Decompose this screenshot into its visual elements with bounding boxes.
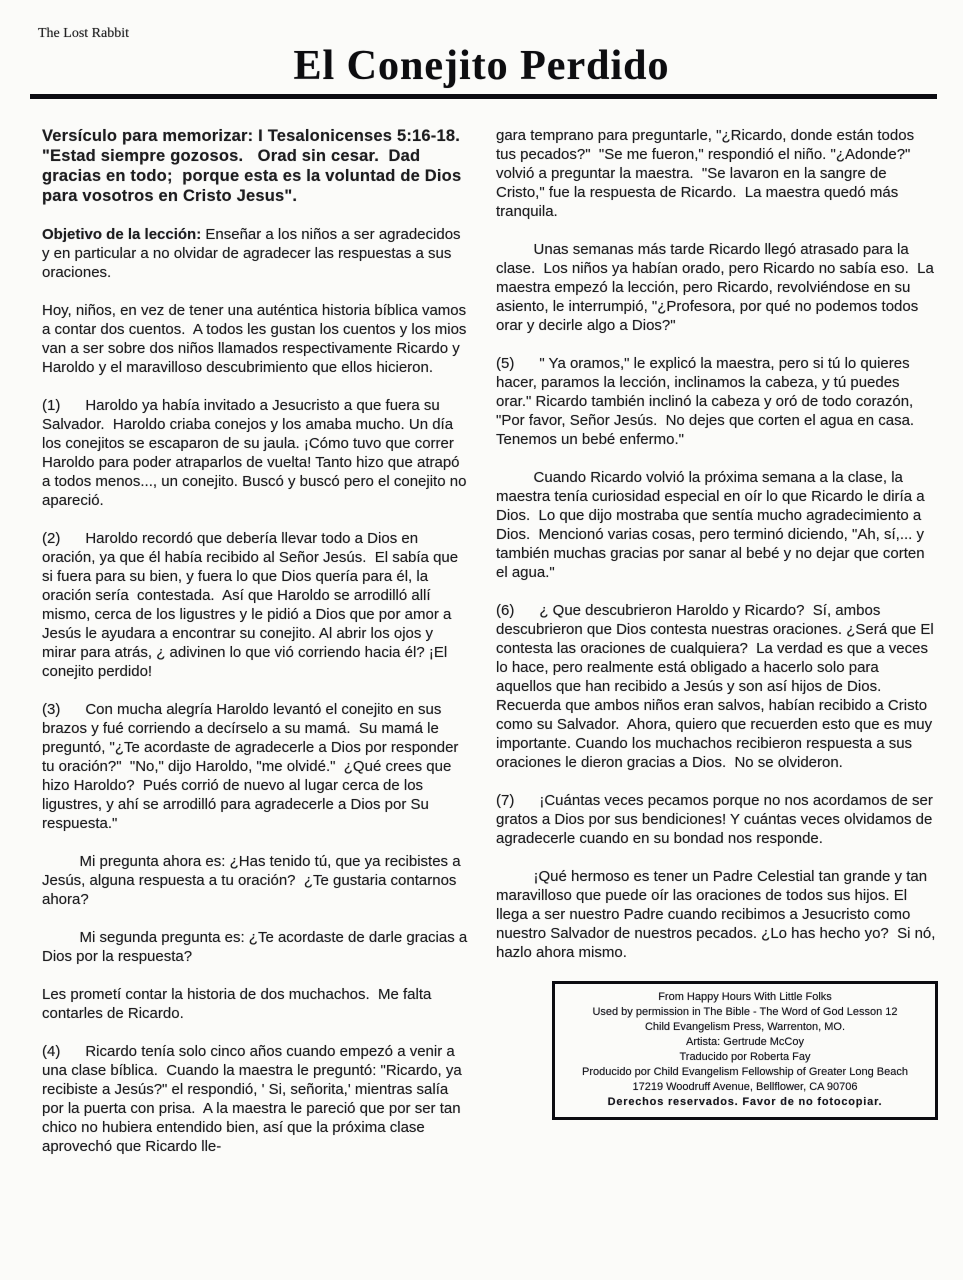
title-divider-rule: [30, 94, 937, 99]
paragraph-text: Cuando Ricardo volvió la próxima semana …: [496, 469, 929, 581]
paragraph-text: (4) Ricardo tenía solo cinco años cuando…: [42, 1043, 466, 1155]
paragraph-text: (3) Con mucha alegría Haroldo levantó el…: [42, 701, 463, 832]
two-column-body: Versículo para memorizar: I Tesalonicens…: [42, 126, 938, 1175]
scanned-lesson-page: The Lost Rabbit El Conejito Perdido Vers…: [0, 0, 963, 1280]
paragraph-text: gara temprano para preguntarle, "¿Ricard…: [496, 127, 918, 220]
paragraph-text: ¡Qué hermoso es tener un Padre Celestial…: [496, 868, 940, 961]
credit-line: Artista: Gertrude McCoy: [559, 1035, 931, 1050]
paragraph-text: (7) ¡Cuántas veces pecamos porque no nos…: [496, 792, 937, 847]
paragraph: Hoy, niños, en vez de tener una auténtic…: [42, 301, 470, 377]
left-column: Versículo para memorizar: I Tesalonicens…: [42, 126, 470, 1175]
credit-line: 17219 Woodruff Avenue, Bellflower, CA 90…: [559, 1080, 931, 1095]
paragraph: Objetivo de la lección: Enseñar a los ni…: [42, 225, 470, 282]
paragraph-text: (1) Haroldo ya había invitado a Jesucris…: [42, 397, 471, 509]
paragraph-text: (5) " Ya oramos," le explicó la maestra,…: [496, 355, 922, 448]
paragraph: (6) ¿ Que descubrieron Haroldo y Ricardo…: [496, 601, 938, 772]
right-column-paragraphs: gara temprano para preguntarle, "¿Ricard…: [496, 126, 938, 962]
credit-line: Traducido por Roberta Fay: [559, 1050, 931, 1065]
paragraph: ¡Qué hermoso es tener un Padre Celestial…: [496, 867, 938, 962]
credit-box: From Happy Hours With Little FolksUsed b…: [552, 981, 938, 1120]
paragraph: (3) Con mucha alegría Haroldo levantó el…: [42, 700, 470, 833]
credit-line: Producido por Child Evangelism Fellowshi…: [559, 1065, 931, 1080]
paragraph-text: (2) Haroldo recordó que debería llevar t…: [42, 530, 462, 680]
paragraph: Mi pregunta ahora es: ¿Has tenido tú, qu…: [42, 852, 470, 909]
right-column: gara temprano para preguntarle, "¿Ricard…: [496, 126, 938, 1175]
credit-line: Derechos reservados. Favor de no fotocop…: [559, 1095, 931, 1110]
paragraph: Cuando Ricardo volvió la próxima semana …: [496, 468, 938, 582]
paragraph-text: Les prometí contar la historia de dos mu…: [42, 986, 436, 1022]
paragraph: gara temprano para preguntarle, "¿Ricard…: [496, 126, 938, 221]
paragraph-text: Unas semanas más tarde Ricardo llegó atr…: [496, 241, 938, 334]
paragraph-text: (6) ¿ Que descubrieron Haroldo y Ricardo…: [496, 602, 938, 771]
paragraph: (7) ¡Cuántas veces pecamos porque no nos…: [496, 791, 938, 848]
paragraph-text: Hoy, niños, en vez de tener una auténtic…: [42, 302, 471, 376]
paragraph: Versículo para memorizar: I Tesalonicens…: [42, 126, 470, 206]
paragraph: (2) Haroldo recordó que debería llevar t…: [42, 529, 470, 681]
credit-line: From Happy Hours With Little Folks: [559, 990, 931, 1005]
credit-line: Child Evangelism Press, Warrenton, MO.: [559, 1020, 931, 1035]
credit-line: Used by permission in The Bible - The Wo…: [559, 1005, 931, 1020]
paragraph: (5) " Ya oramos," le explicó la maestra,…: [496, 354, 938, 449]
paragraph-label: Objetivo de la lección:: [42, 226, 201, 243]
paragraph: (1) Haroldo ya había invitado a Jesucris…: [42, 396, 470, 510]
paragraph: (4) Ricardo tenía solo cinco años cuando…: [42, 1042, 470, 1156]
paragraph-text: Mi segunda pregunta es: ¿Te acordaste de…: [42, 929, 471, 965]
paragraph: Unas semanas más tarde Ricardo llegó atr…: [496, 240, 938, 335]
paragraph: Les prometí contar la historia de dos mu…: [42, 985, 470, 1023]
paragraph-text: Versículo para memorizar: I Tesalonicens…: [42, 127, 466, 205]
paragraph: Mi segunda pregunta es: ¿Te acordaste de…: [42, 928, 470, 966]
paragraph-text: Mi pregunta ahora es: ¿Has tenido tú, qu…: [42, 853, 465, 908]
page-title: El Conejito Perdido: [0, 42, 963, 90]
doc-label: The Lost Rabbit: [38, 26, 129, 42]
